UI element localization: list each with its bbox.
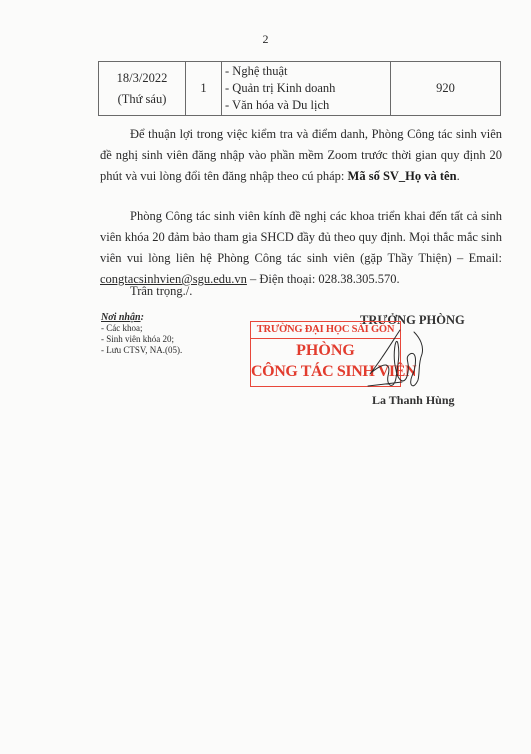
recipients-title: Nơi nhận: <box>101 312 182 323</box>
recipients-title-colon: : <box>141 312 144 323</box>
recipient-item: - Các khoa; <box>101 323 182 334</box>
page-number: 2 <box>0 32 531 47</box>
student-count-cell: 920 <box>391 62 501 116</box>
paragraph-end: . <box>457 169 460 183</box>
phone-text: – Điện thoại: 028.38.305.570. <box>247 272 400 286</box>
contact-paragraph: Phòng Công tác sinh viên kính đề nghị cá… <box>100 206 502 290</box>
closing-text: Trân trọng./. <box>130 284 192 299</box>
recipient-item: - Lưu CTSV, NA.(05). <box>101 345 182 356</box>
weekday-value: (Thứ sáu) <box>99 89 185 110</box>
faculty-item: - Nghệ thuật <box>225 63 390 80</box>
login-syntax: Mã số SV_Họ và tên <box>348 169 457 183</box>
signer-name: La Thanh Hùng <box>372 393 455 408</box>
recipient-item: - Sinh viên khóa 20; <box>101 334 182 345</box>
login-instructions-paragraph: Để thuận lợi trong việc kiểm tra và điểm… <box>100 124 502 187</box>
recipients-title-text: Nơi nhận <box>101 312 141 323</box>
handwritten-signature-icon <box>362 324 442 394</box>
schedule-table: 18/3/2022 (Thứ sáu) 1 - Nghệ thuật - Quả… <box>98 61 501 116</box>
date-value: 18/3/2022 <box>99 68 185 89</box>
date-cell: 18/3/2022 (Thứ sáu) <box>99 62 186 116</box>
faculty-item: - Văn hóa và Du lịch <box>225 97 390 114</box>
faculties-cell: - Nghệ thuật - Quản trị Kinh doanh - Văn… <box>222 62 391 116</box>
session-cell: 1 <box>186 62 222 116</box>
table-row: 18/3/2022 (Thứ sáu) 1 - Nghệ thuật - Quả… <box>99 62 501 116</box>
faculty-item: - Quản trị Kinh doanh <box>225 80 390 97</box>
recipients-block: Nơi nhận: - Các khoa; - Sinh viên khóa 2… <box>101 312 182 356</box>
paragraph-text: Phòng Công tác sinh viên kính đề nghị cá… <box>100 209 502 265</box>
